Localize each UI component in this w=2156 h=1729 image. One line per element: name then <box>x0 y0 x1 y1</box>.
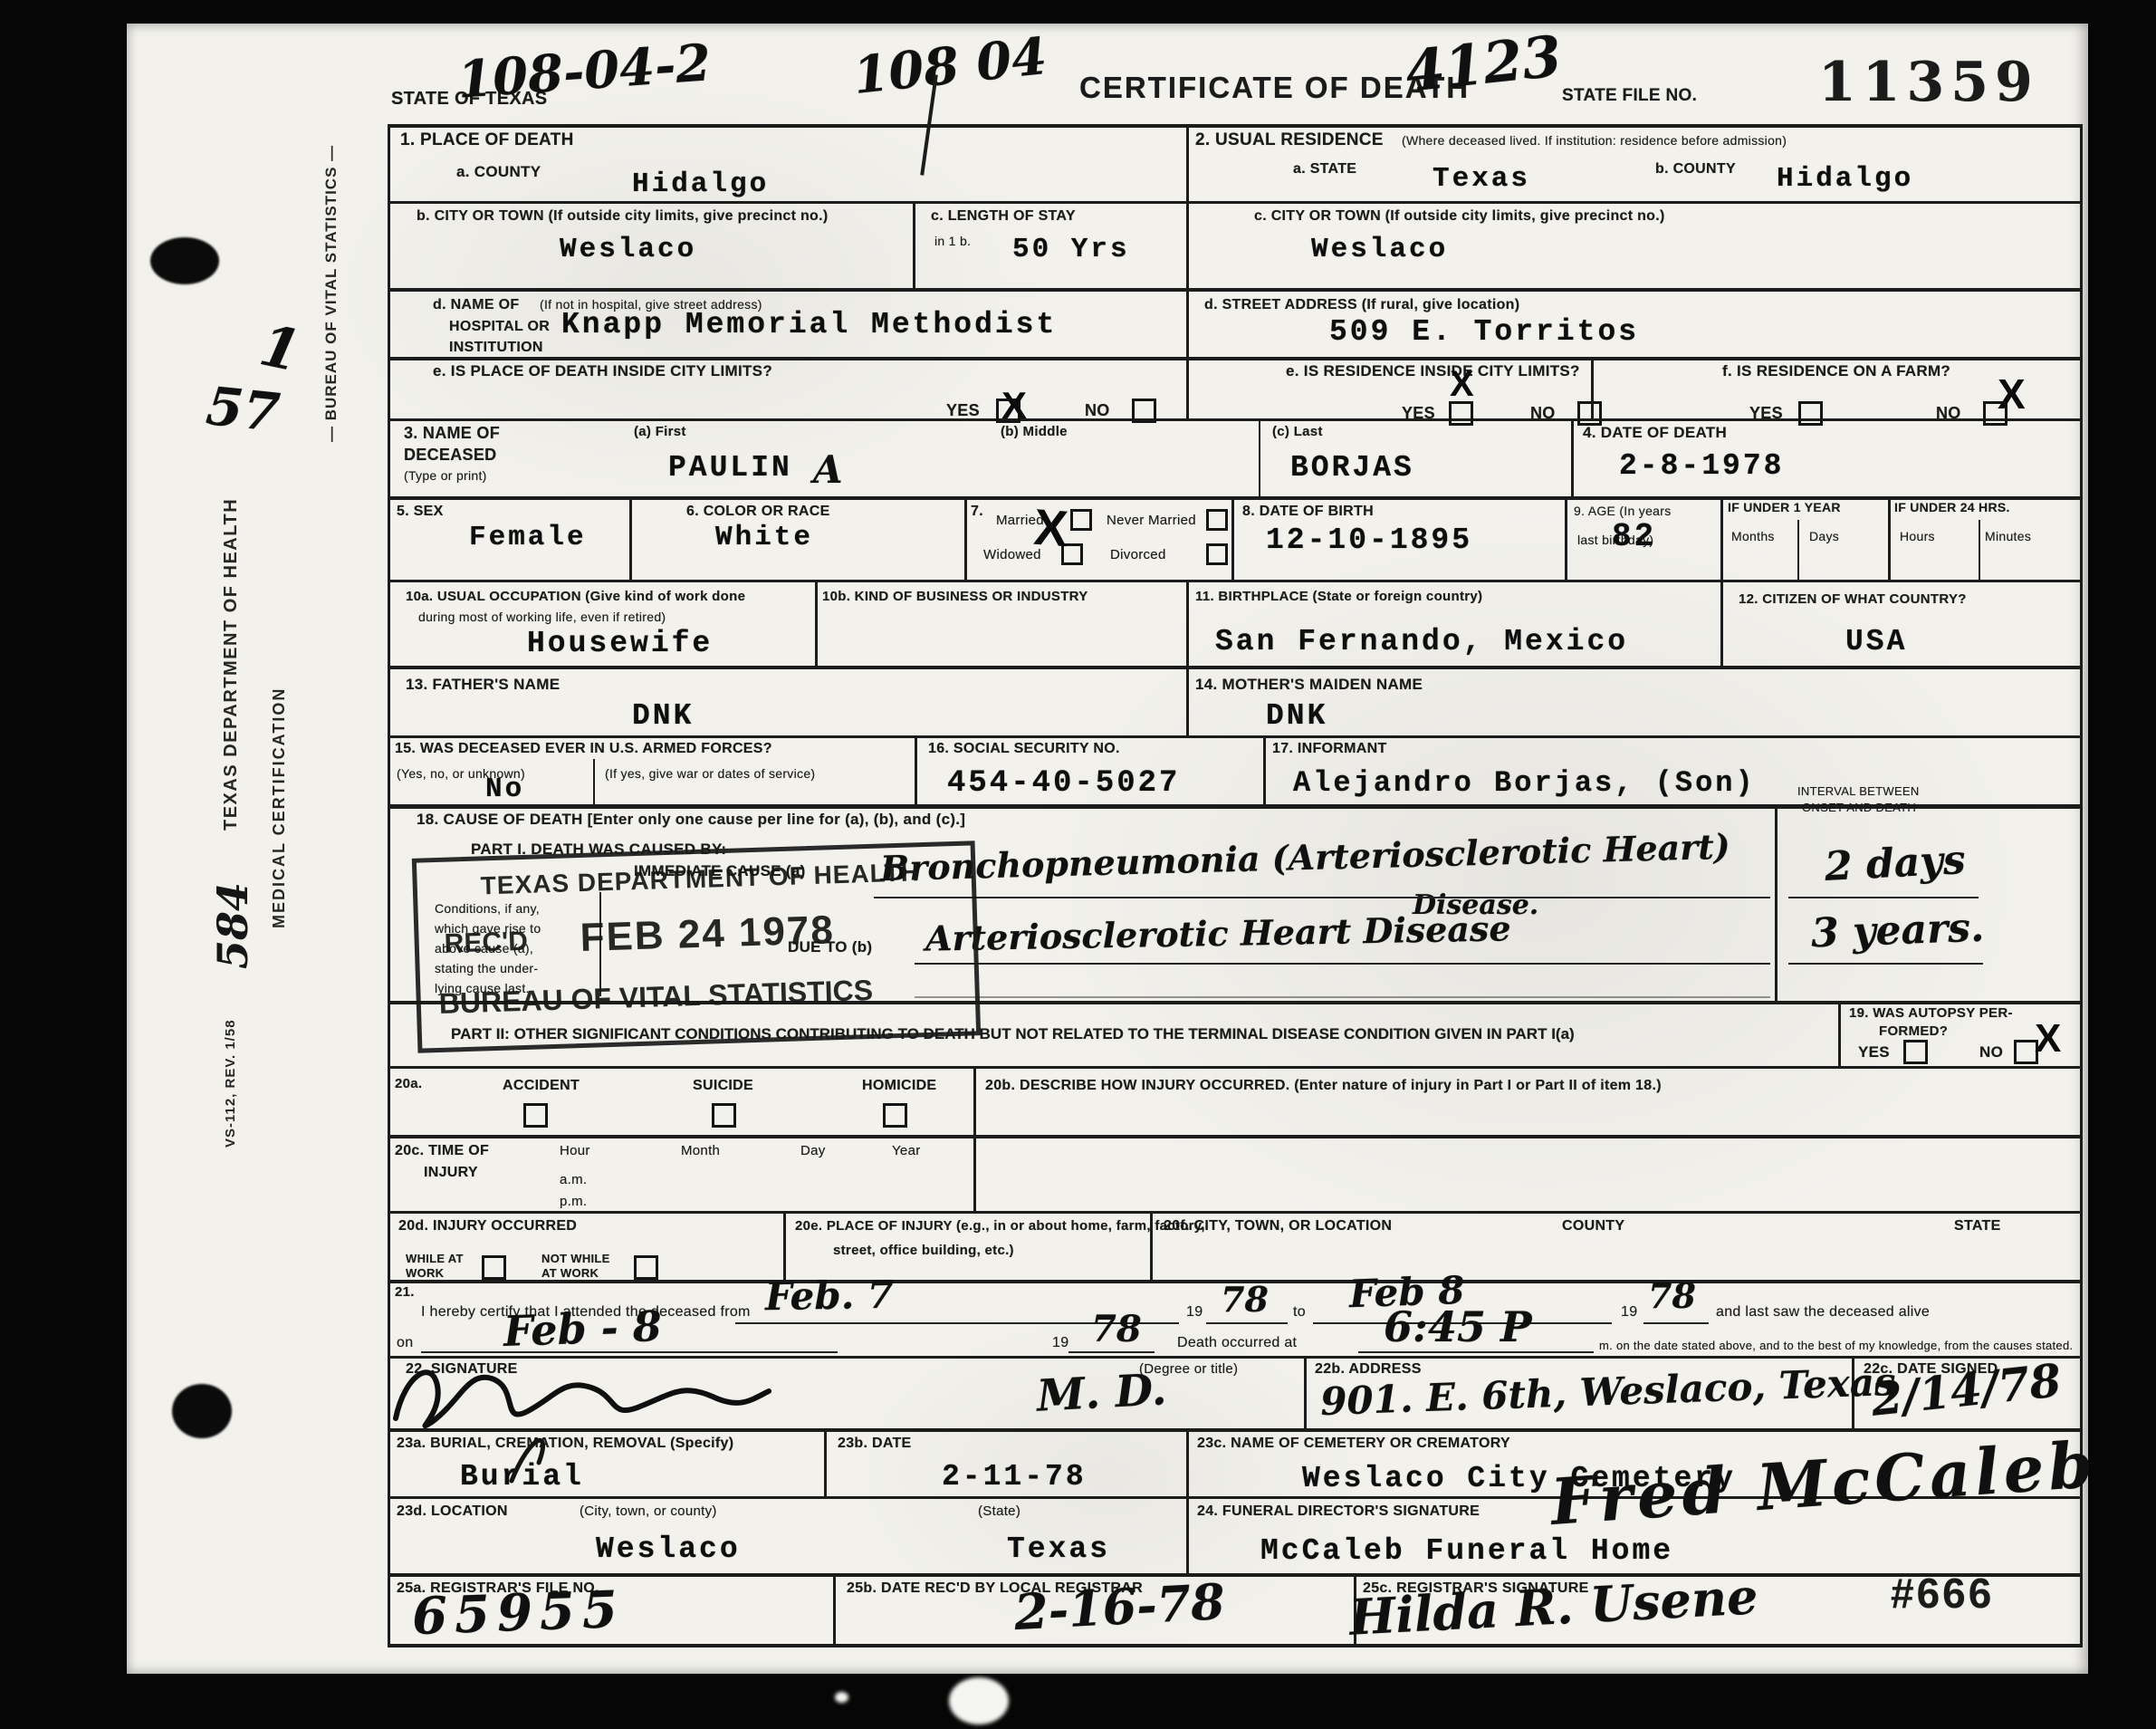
part2-text: PART II: OTHER SIGNIFICANT CONDITIONS CO… <box>451 1025 1575 1043</box>
stamp-line-3: BUREAU OF VITAL STATISTICS <box>438 974 873 1021</box>
rule <box>1206 1322 1288 1324</box>
injury-occurred-label: 20d. INJURY OCCURRED <box>398 1218 577 1234</box>
street-address-label: d. STREET ADDRESS (If rural, give locati… <box>1204 297 1519 313</box>
injury-state-label: STATE <box>1954 1218 2001 1234</box>
residence-limits-yes-label: YES <box>1402 404 1435 423</box>
while-at-work-label-1: WHILE AT <box>406 1252 464 1265</box>
rule <box>973 1066 976 1213</box>
residence-county-label: b. COUNTY <box>1655 161 1736 178</box>
informant-value: Alejandro Borjas, (Son) <box>1293 766 1756 800</box>
cert-text-2: and last saw the deceased alive <box>1716 1304 1930 1321</box>
injury-county-label: COUNTY <box>1562 1218 1624 1234</box>
rule <box>629 496 632 581</box>
punch-hole-bottom <box>172 1384 232 1438</box>
degree-handwritten: M. D. <box>1036 1364 1168 1421</box>
rule <box>2080 124 2083 1646</box>
middle-name-label: (b) Middle <box>1001 424 1068 439</box>
rule <box>1788 897 1979 898</box>
autopsy-no-mark: X <box>2035 1016 2061 1061</box>
farm-yes-label: YES <box>1749 404 1783 423</box>
divorced-label: Divorced <box>1110 547 1166 562</box>
residence-limits-no-label: NO <box>1530 404 1556 423</box>
autopsy-yes-label: YES <box>1858 1043 1890 1061</box>
place-limits-yes-mark: X <box>1001 384 1027 427</box>
rule <box>824 1428 827 1498</box>
burial-date-value: 2-11-78 <box>942 1460 1087 1494</box>
rule <box>1838 1001 1841 1068</box>
rule <box>388 735 2083 738</box>
interval-header-2: ONSET AND DEATH <box>1802 801 1916 814</box>
race-value: White <box>715 522 813 553</box>
rule <box>874 897 1770 898</box>
rule <box>1797 520 1799 581</box>
rule <box>1186 124 1189 421</box>
residence-state-label: a. STATE <box>1293 161 1356 178</box>
rule <box>1186 1428 1189 1575</box>
rule <box>1788 963 1983 965</box>
while-at-work-label-2: WORK <box>406 1266 444 1280</box>
months-label: Months <box>1731 529 1775 543</box>
ssn-value: 454-40-5027 <box>947 766 1180 801</box>
rule <box>388 1135 2083 1138</box>
am-label: a.m. <box>560 1172 587 1187</box>
margin-medical-certification-label: MEDICAL CERTIFICATION <box>270 643 289 928</box>
time-of-injury-label-2: INJURY <box>424 1165 478 1181</box>
rule <box>1888 496 1891 581</box>
cert-19-c: 19 <box>1052 1335 1068 1351</box>
registrar-file-value: 65955 <box>411 1580 626 1647</box>
mother-value: DNK <box>1266 699 1327 733</box>
location-city-sub: (City, town, or county) <box>580 1503 717 1519</box>
not-while-label-2: AT WORK <box>541 1266 599 1280</box>
injury-20b-label: 20b. DESCRIBE HOW INJURY OCCURRED. (Ente… <box>985 1078 1662 1094</box>
month-label: Month <box>681 1143 720 1158</box>
suicide-label: SUICIDE <box>693 1078 753 1094</box>
birthplace-label: 11. BIRTHPLACE (State or foreign country… <box>1195 589 1482 604</box>
funeral-director-label: 24. FUNERAL DIRECTOR'S SIGNATURE <box>1197 1503 1480 1520</box>
father-label: 13. FATHER'S NAME <box>406 676 560 694</box>
funeral-home-value: McCaleb Funeral Home <box>1260 1534 1673 1568</box>
residence-county-value: Hidalgo <box>1777 163 1913 195</box>
residence-city-label: c. CITY OR TOWN (If outside city limits,… <box>1254 208 1665 225</box>
hospital-value: Knapp Memorial Methodist <box>561 308 1057 341</box>
rule <box>915 963 1770 965</box>
days-label: Days <box>1809 529 1839 543</box>
rule <box>1358 1351 1594 1353</box>
residence-limits-no-checkbox <box>1577 401 1602 426</box>
sex-value: Female <box>469 522 587 553</box>
rule <box>388 418 2083 421</box>
homicide-label: HOMICIDE <box>862 1078 936 1094</box>
hospital-label-2: HOSPITAL OR <box>449 319 550 335</box>
under-24-hrs-label: IF UNDER 24 HRS. <box>1894 500 2010 514</box>
rule <box>1231 496 1234 581</box>
rule <box>1068 1351 1155 1353</box>
interval-b-handwritten: 3 years. <box>1810 905 1985 957</box>
length-of-stay-sub: in 1 b. <box>934 234 971 248</box>
mother-label: 14. MOTHER'S MAIDEN NAME <box>1195 676 1423 694</box>
race-label: 6. COLOR OR RACE <box>686 504 830 520</box>
armed-forces-label: 15. WAS DECEASED EVER IN U.S. ARMED FORC… <box>395 741 772 757</box>
rule <box>915 735 917 806</box>
farm-no-mark: X <box>1998 370 2026 418</box>
margin-bureau-label: — BUREAU OF VITAL STATISTICS — <box>322 207 340 442</box>
residence-limits-yes-mark: X <box>1450 364 1474 405</box>
rule <box>388 580 2083 582</box>
death-occurred-label: Death occurred at <box>1177 1335 1297 1351</box>
armed-forces-sub2: (If yes, give war or dates of service) <box>605 766 815 781</box>
cert-19-b: 19 <box>1621 1304 1637 1321</box>
informant-label: 17. INFORMANT <box>1272 741 1387 757</box>
city-label: b. CITY OR TOWN (If outside city limits,… <box>417 208 829 225</box>
burial-date-label: 23b. DATE <box>838 1436 912 1452</box>
place-limits-no-checkbox <box>1132 399 1156 423</box>
hours-label: Hours <box>1900 529 1935 543</box>
name-label-3: (Type or print) <box>404 468 487 483</box>
cemetery-label: 23c. NAME OF CEMETERY OR CREMATORY <box>1197 1436 1510 1452</box>
last-name-label: (c) Last <box>1272 424 1323 439</box>
death-certificate-scan: — BUREAU OF VITAL STATISTICS — TEXAS DEP… <box>0 0 2156 1729</box>
location-city-value: Weslaco <box>596 1532 741 1566</box>
hospital-label-1: d. NAME OF <box>433 297 519 313</box>
hour-label: Hour <box>560 1143 590 1158</box>
rule <box>593 759 595 806</box>
length-of-stay-label: c. LENGTH OF STAY <box>931 208 1076 225</box>
rule <box>1643 1322 1709 1324</box>
state-file-number: 11359 <box>1818 51 2039 114</box>
rule <box>833 1573 836 1646</box>
birthplace-value: San Fernando, Mexico <box>1215 625 1628 658</box>
rule <box>913 201 915 290</box>
citizen-value: USA <box>1845 625 1907 658</box>
married-checkbox <box>1070 509 1092 531</box>
widowed-mark: X <box>1032 497 1070 558</box>
autopsy-label-2: FORMED? <box>1879 1023 1948 1039</box>
place-of-death-label: 1. PLACE OF DEATH <box>400 130 574 150</box>
date-of-death-label: 4. DATE OF DEATH <box>1583 424 1727 442</box>
interval-header-1: INTERVAL BETWEEN <box>1797 784 1920 798</box>
stamp-date: FEB 24 1978 <box>580 908 836 961</box>
rule <box>1775 804 1778 1003</box>
margin-handwritten-584: 584 <box>208 847 257 969</box>
business-label: 10b. KIND OF BUSINESS OR INDUSTRY <box>822 589 1088 604</box>
not-while-label-1: NOT WHILE <box>541 1252 610 1265</box>
usual-residence-note: (Where deceased lived. If institution: r… <box>1402 133 1787 148</box>
date-of-death-value: 2-8-1978 <box>1619 449 1784 483</box>
hospital-label-3: INSTITUTION <box>449 340 543 356</box>
punch-hole-top <box>150 237 219 284</box>
divorced-checkbox <box>1206 543 1228 565</box>
year-label: Year <box>892 1143 921 1158</box>
place-limits-no-label: NO <box>1085 401 1110 420</box>
usual-residence-label: 2. USUAL RESIDENCE <box>1195 130 1384 150</box>
rule <box>1565 496 1567 581</box>
rule <box>1720 496 1723 581</box>
rule <box>388 124 2083 128</box>
autopsy-label-1: 19. WAS AUTOPSY PER- <box>1849 1005 2013 1021</box>
death-time-handwritten: 6:45 P <box>1384 1302 1532 1351</box>
rule <box>915 996 1770 998</box>
pm-label: p.m. <box>560 1194 587 1209</box>
rule <box>1263 735 1266 806</box>
rule <box>388 1066 2083 1069</box>
never-married-label: Never Married <box>1107 513 1196 528</box>
rule <box>1259 418 1260 498</box>
minutes-label: Minutes <box>1985 529 2031 543</box>
cert-year-2: 78 <box>1648 1275 1696 1316</box>
never-married-checkbox <box>1206 509 1228 531</box>
scan-artifact <box>949 1677 1009 1724</box>
injury-city-label: 20f. CITY, TOWN, OR LOCATION <box>1164 1218 1392 1234</box>
rule <box>964 496 967 581</box>
suicide-checkbox <box>712 1103 736 1128</box>
rule <box>1979 520 1980 581</box>
margin-form-number: VS-112, REV. 1/58 <box>223 980 238 1148</box>
margin-department-label: TEXAS DEPARTMENT OF HEALTH <box>221 500 242 831</box>
autopsy-yes-checkbox <box>1903 1040 1928 1064</box>
address-label: 22b. ADDRESS <box>1315 1361 1422 1378</box>
received-stamp: TEXAS DEPARTMENT OF HEALTH REC'D FEB 24 … <box>412 840 981 1052</box>
occupation-label-2: during most of working life, even if ret… <box>418 610 666 624</box>
not-while-checkbox <box>634 1255 658 1280</box>
accident-label: ACCIDENT <box>503 1078 580 1094</box>
dob-label: 8. DATE OF BIRTH <box>1242 504 1374 520</box>
rule <box>1304 1356 1307 1430</box>
farm-no-label: NO <box>1936 404 1961 423</box>
rule <box>388 201 2083 204</box>
residence-city-value: Weslaco <box>1311 234 1448 265</box>
cause-title: 18. CAUSE OF DEATH [Enter only one cause… <box>417 811 965 829</box>
place-of-injury-label-1: 20e. PLACE OF INJURY (e.g., in or about … <box>795 1218 1205 1234</box>
location-state-sub: (State) <box>978 1503 1021 1519</box>
rule <box>388 1644 2083 1647</box>
place-limits-label: e. IS PLACE OF DEATH INSIDE CITY LIMITS? <box>433 362 772 380</box>
rule <box>388 1211 2083 1214</box>
first-name-label: (a) First <box>634 424 686 439</box>
time-of-injury-label-1: 20c. TIME OF <box>395 1143 489 1159</box>
age-value: 82 <box>1612 518 1656 555</box>
first-name-handwritten-a: A <box>813 447 843 492</box>
margin-handwritten-57: 57 <box>204 375 283 444</box>
rule <box>388 288 2083 292</box>
occupation-label-1: 10a. USUAL OCCUPATION (Give kind of work… <box>406 589 745 604</box>
length-of-stay-value: 50 Yrs <box>1012 234 1130 265</box>
accident-checkbox <box>523 1103 548 1128</box>
rule <box>388 357 2083 360</box>
cert-text-4: m. on the date stated above, and to the … <box>1599 1339 2073 1352</box>
dob-value: 12-10-1895 <box>1266 524 1472 557</box>
physician-signature <box>385 1348 774 1438</box>
residence-limits-label: e. IS RESIDENCE INSIDE CITY LIMITS? <box>1286 362 1580 380</box>
under-1-year-label: IF UNDER 1 YEAR <box>1728 500 1841 514</box>
last-name-value: BORJAS <box>1290 451 1414 485</box>
pen-flourish <box>503 1422 566 1485</box>
date-recd-value: 2-16-78 <box>1012 1572 1226 1641</box>
rule <box>1571 418 1574 498</box>
sex-label: 5. SEX <box>397 504 444 520</box>
homicide-checkbox <box>883 1103 907 1128</box>
stamp-line-1: TEXAS DEPARTMENT OF HEALTH <box>480 858 920 900</box>
first-name-value: PAULIN <box>668 451 792 485</box>
street-address-value: 509 E. Torritos <box>1329 315 1639 349</box>
stamp-recd-label: REC'D <box>444 927 528 960</box>
rule <box>388 1573 2083 1577</box>
county-value: Hidalgo <box>632 168 769 200</box>
residence-state-value: Texas <box>1433 163 1530 195</box>
farm-yes-checkbox <box>1798 401 1823 426</box>
marital-label: 7. <box>971 504 983 520</box>
name-label-1: 3. NAME OF <box>404 424 500 443</box>
rule <box>1186 580 1189 738</box>
citizen-label: 12. CITIZEN OF WHAT COUNTRY? <box>1739 591 1967 607</box>
cert-to-label: to <box>1293 1304 1306 1321</box>
cert-from-date: Feb. 7 <box>765 1273 895 1319</box>
place-limits-yes-label: YES <box>946 401 980 420</box>
armed-forces-value: No <box>485 773 524 805</box>
father-value: DNK <box>632 699 694 733</box>
place-of-injury-label-2: street, office building, etc.) <box>833 1243 1014 1258</box>
location-state-value: Texas <box>1007 1532 1110 1566</box>
autopsy-no-label: NO <box>1979 1043 2003 1061</box>
residence-limits-yes-checkbox <box>1449 401 1473 426</box>
rule <box>1720 580 1723 668</box>
rule <box>388 666 2083 669</box>
injury-20a-num: 20a. <box>395 1076 422 1091</box>
day-label: Day <box>800 1143 826 1158</box>
ssn-label: 16. SOCIAL SECURITY NO. <box>928 741 1120 757</box>
county-label: a. COUNTY <box>456 163 541 181</box>
cert-num: 21. <box>395 1284 415 1300</box>
age-label-1: 9. AGE (In years <box>1574 504 1672 518</box>
farm-label: f. IS RESIDENCE ON A FARM? <box>1722 362 1950 380</box>
name-label-2: DECEASED <box>404 446 496 465</box>
cert-year-1: 78 <box>1221 1279 1269 1320</box>
scan-artifact <box>835 1692 848 1703</box>
cert-year-3: 78 <box>1091 1308 1142 1350</box>
number-666-stamp: #666 <box>1891 1569 1994 1618</box>
occupation-value: Housewife <box>527 627 713 660</box>
location-label: 23d. LOCATION <box>397 1503 508 1520</box>
while-at-work-checkbox <box>482 1255 506 1280</box>
interval-a-handwritten: 2 days <box>1824 837 1967 890</box>
state-file-no-label: STATE FILE NO. <box>1562 86 1697 106</box>
rule <box>783 1211 786 1282</box>
rule <box>815 580 818 668</box>
cert-19-a: 19 <box>1186 1304 1203 1321</box>
city-value: Weslaco <box>560 234 696 265</box>
